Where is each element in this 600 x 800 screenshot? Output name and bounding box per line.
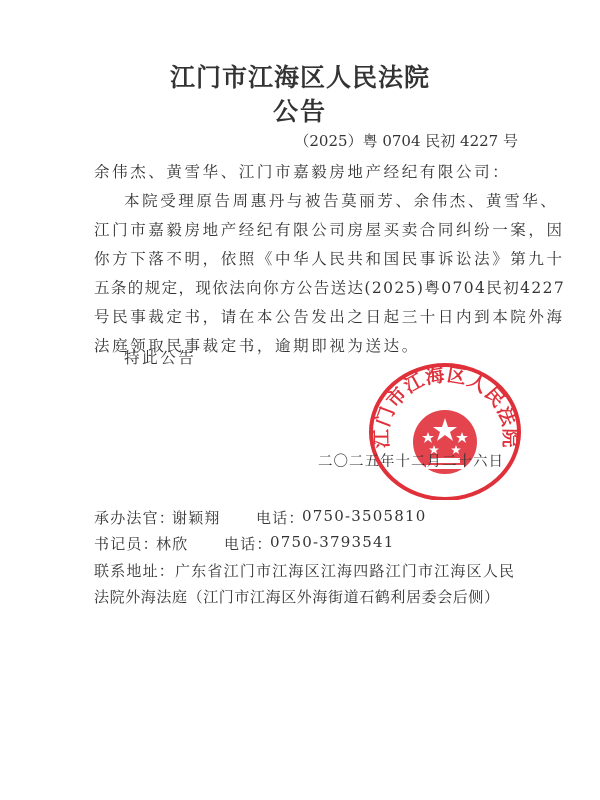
judge-label: 承办法官： xyxy=(94,507,175,528)
body-line: 号民事裁定书，请在本公告发出之日起三十日内到本院外海 xyxy=(94,305,565,327)
body-line: 你方下落不明，依照《中华人民共和国民事诉讼法》第九十 xyxy=(94,247,565,269)
addressees: 余伟杰、黄雪华、江门市嘉毅房地产经纪有限公司： xyxy=(94,160,510,182)
court-name-heading: 江门市江海区人民法院 xyxy=(0,58,600,94)
clerk-label: 书记员： xyxy=(94,533,159,554)
address-continuation: 法院外海法庭（江门市江海区外海街道石鹤利居委会后侧） xyxy=(94,586,500,607)
judge-phone: 0750-3505810 xyxy=(302,507,426,525)
address-label: 联系地址： xyxy=(94,562,175,580)
clerk-phone-label: 电话： xyxy=(224,533,273,554)
court-notice-page: 江门市江海区人民法院 公告 （2025）粤 0704 民初 4227 号 余伟杰… xyxy=(0,0,600,800)
body-line: 五条的规定，现依法向你方公告送达(2025)粤0704民初4227 xyxy=(94,276,565,298)
notice-heading: 公告 xyxy=(0,92,600,128)
closing-text: 特此公告 xyxy=(124,346,196,368)
body-line: 本院受理原告周惠丹与被告莫丽芳、余伟杰、黄雪华、 xyxy=(124,189,558,211)
body-line: 江门市嘉毅房地产经纪有限公司房屋买卖合同纠纷一案，因 xyxy=(94,218,565,240)
case-number: （2025）粤 0704 民初 4227 号 xyxy=(294,130,518,151)
judge-name: 谢颖翔 xyxy=(172,507,221,528)
clerk-name: 林欣 xyxy=(156,533,188,554)
judge-phone-label: 电话： xyxy=(256,507,305,528)
clerk-phone: 0750-3793541 xyxy=(270,533,394,551)
address-line: 联系地址：广东省江门市江海区江海四路江门市江海区人民 xyxy=(94,560,515,581)
court-seal-icon: 江门市江海区人民法院 xyxy=(368,360,522,500)
issue-date: 二〇二五年十二月二十六日 xyxy=(318,450,504,471)
address-text: 广东省江门市江海区江海四路江门市江海区人民 xyxy=(175,562,515,580)
